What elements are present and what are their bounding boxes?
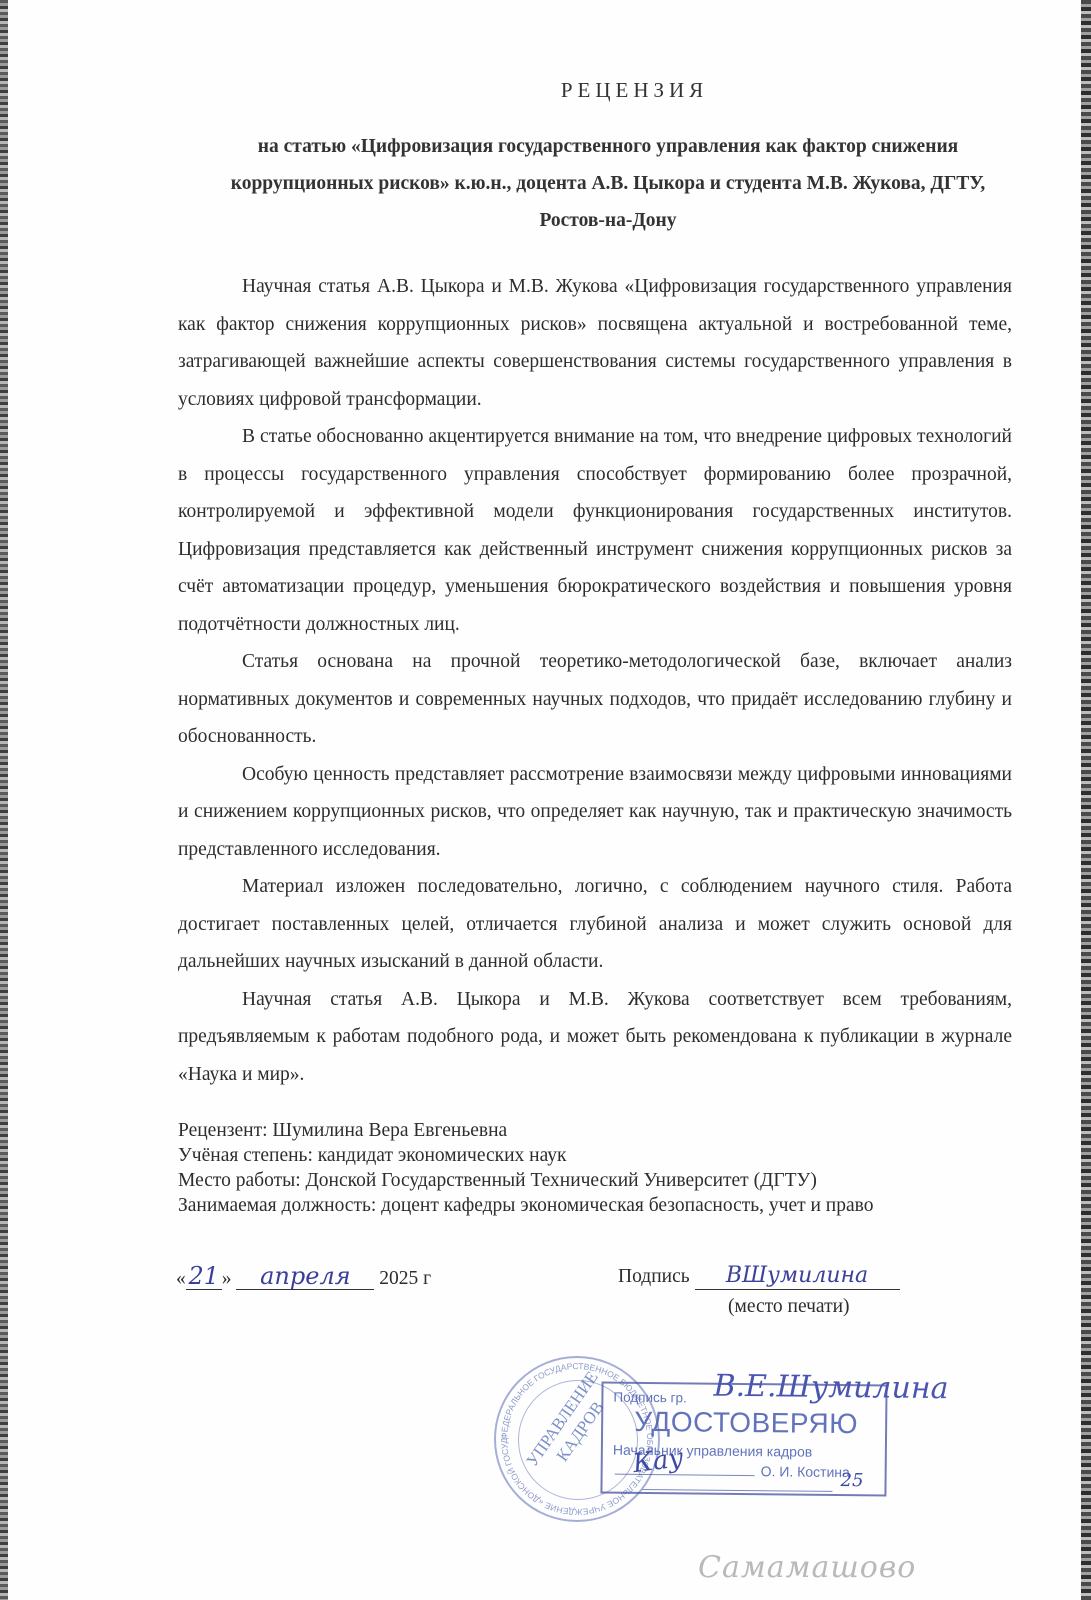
stamp-signature-label: Подпись гр. <box>613 1390 687 1406</box>
seal-place-label: (место печати) <box>728 1296 850 1318</box>
pencil-note: Самамашово <box>698 1550 916 1585</box>
date-close-quote: » <box>222 1268 232 1289</box>
certification-stamp: Подпись гр. В.Е.Шумилина УДОСТОВЕРЯЮ Нач… <box>600 1382 887 1497</box>
signature-line: Подпись ВШумилина <box>618 1263 900 1290</box>
reviewer-position: Занимаемая должность: доцент кафедры эко… <box>178 1193 978 1218</box>
document-subtitle: на статью «Цифровизация государственного… <box>198 128 1018 239</box>
reviewer-name: Рецензент: Шумилина Вера Евгеньевна <box>178 1118 978 1143</box>
paragraph: В статье обоснованно акцентируется внима… <box>178 418 1012 643</box>
paragraph: Особую ценность представляет рассмотрени… <box>178 756 1012 869</box>
document-page: РЕЦЕНЗИЯ на статью «Цифровизация государ… <box>8 0 1081 1600</box>
date-day: 21 <box>186 1263 222 1290</box>
scan-edge-left <box>0 0 8 1600</box>
paragraph: Статья основана на прочной теоретико-мет… <box>178 643 1012 756</box>
stamp-handwritten-name: В.Е.Шумилина <box>713 1369 948 1406</box>
date-open-quote: « <box>176 1268 186 1289</box>
document-title: РЕЦЕНЗИЯ <box>8 78 1081 103</box>
reviewer-info: Рецензент: Шумилина Вера Евгеньевна Учён… <box>178 1118 978 1218</box>
stamp-date-underline <box>642 1489 832 1492</box>
handwritten-signature: ВШумилина <box>695 1263 900 1290</box>
paragraph: Материал изложен последовательно, логичн… <box>178 868 1012 981</box>
date-line: «21» апреля 2025 г <box>176 1263 431 1290</box>
stamp-year-handwritten: 25 <box>840 1470 863 1491</box>
review-body: Научная статья А.В. Цыкора и М.В. Жукова… <box>178 268 1012 1093</box>
signature-label: Подпись <box>618 1266 690 1287</box>
reviewer-workplace: Место работы: Донской Государственный Те… <box>178 1168 978 1193</box>
date-month: апреля <box>236 1263 374 1290</box>
paragraph: Научная статья А.В. Цыкора и М.В. Жукова… <box>178 981 1012 1094</box>
scan-edge-right <box>1081 0 1091 1600</box>
date-year: 2025 г <box>379 1268 431 1289</box>
stamp-certify-text: УДОСТОВЕРЯЮ <box>611 1406 881 1441</box>
paragraph: Научная статья А.В. Цыкора и М.В. Жукова… <box>178 268 1012 418</box>
reviewer-degree: Учёная степень: кандидат экономических н… <box>178 1143 978 1168</box>
stamp-head-name: О. И. Костина <box>761 1463 850 1480</box>
